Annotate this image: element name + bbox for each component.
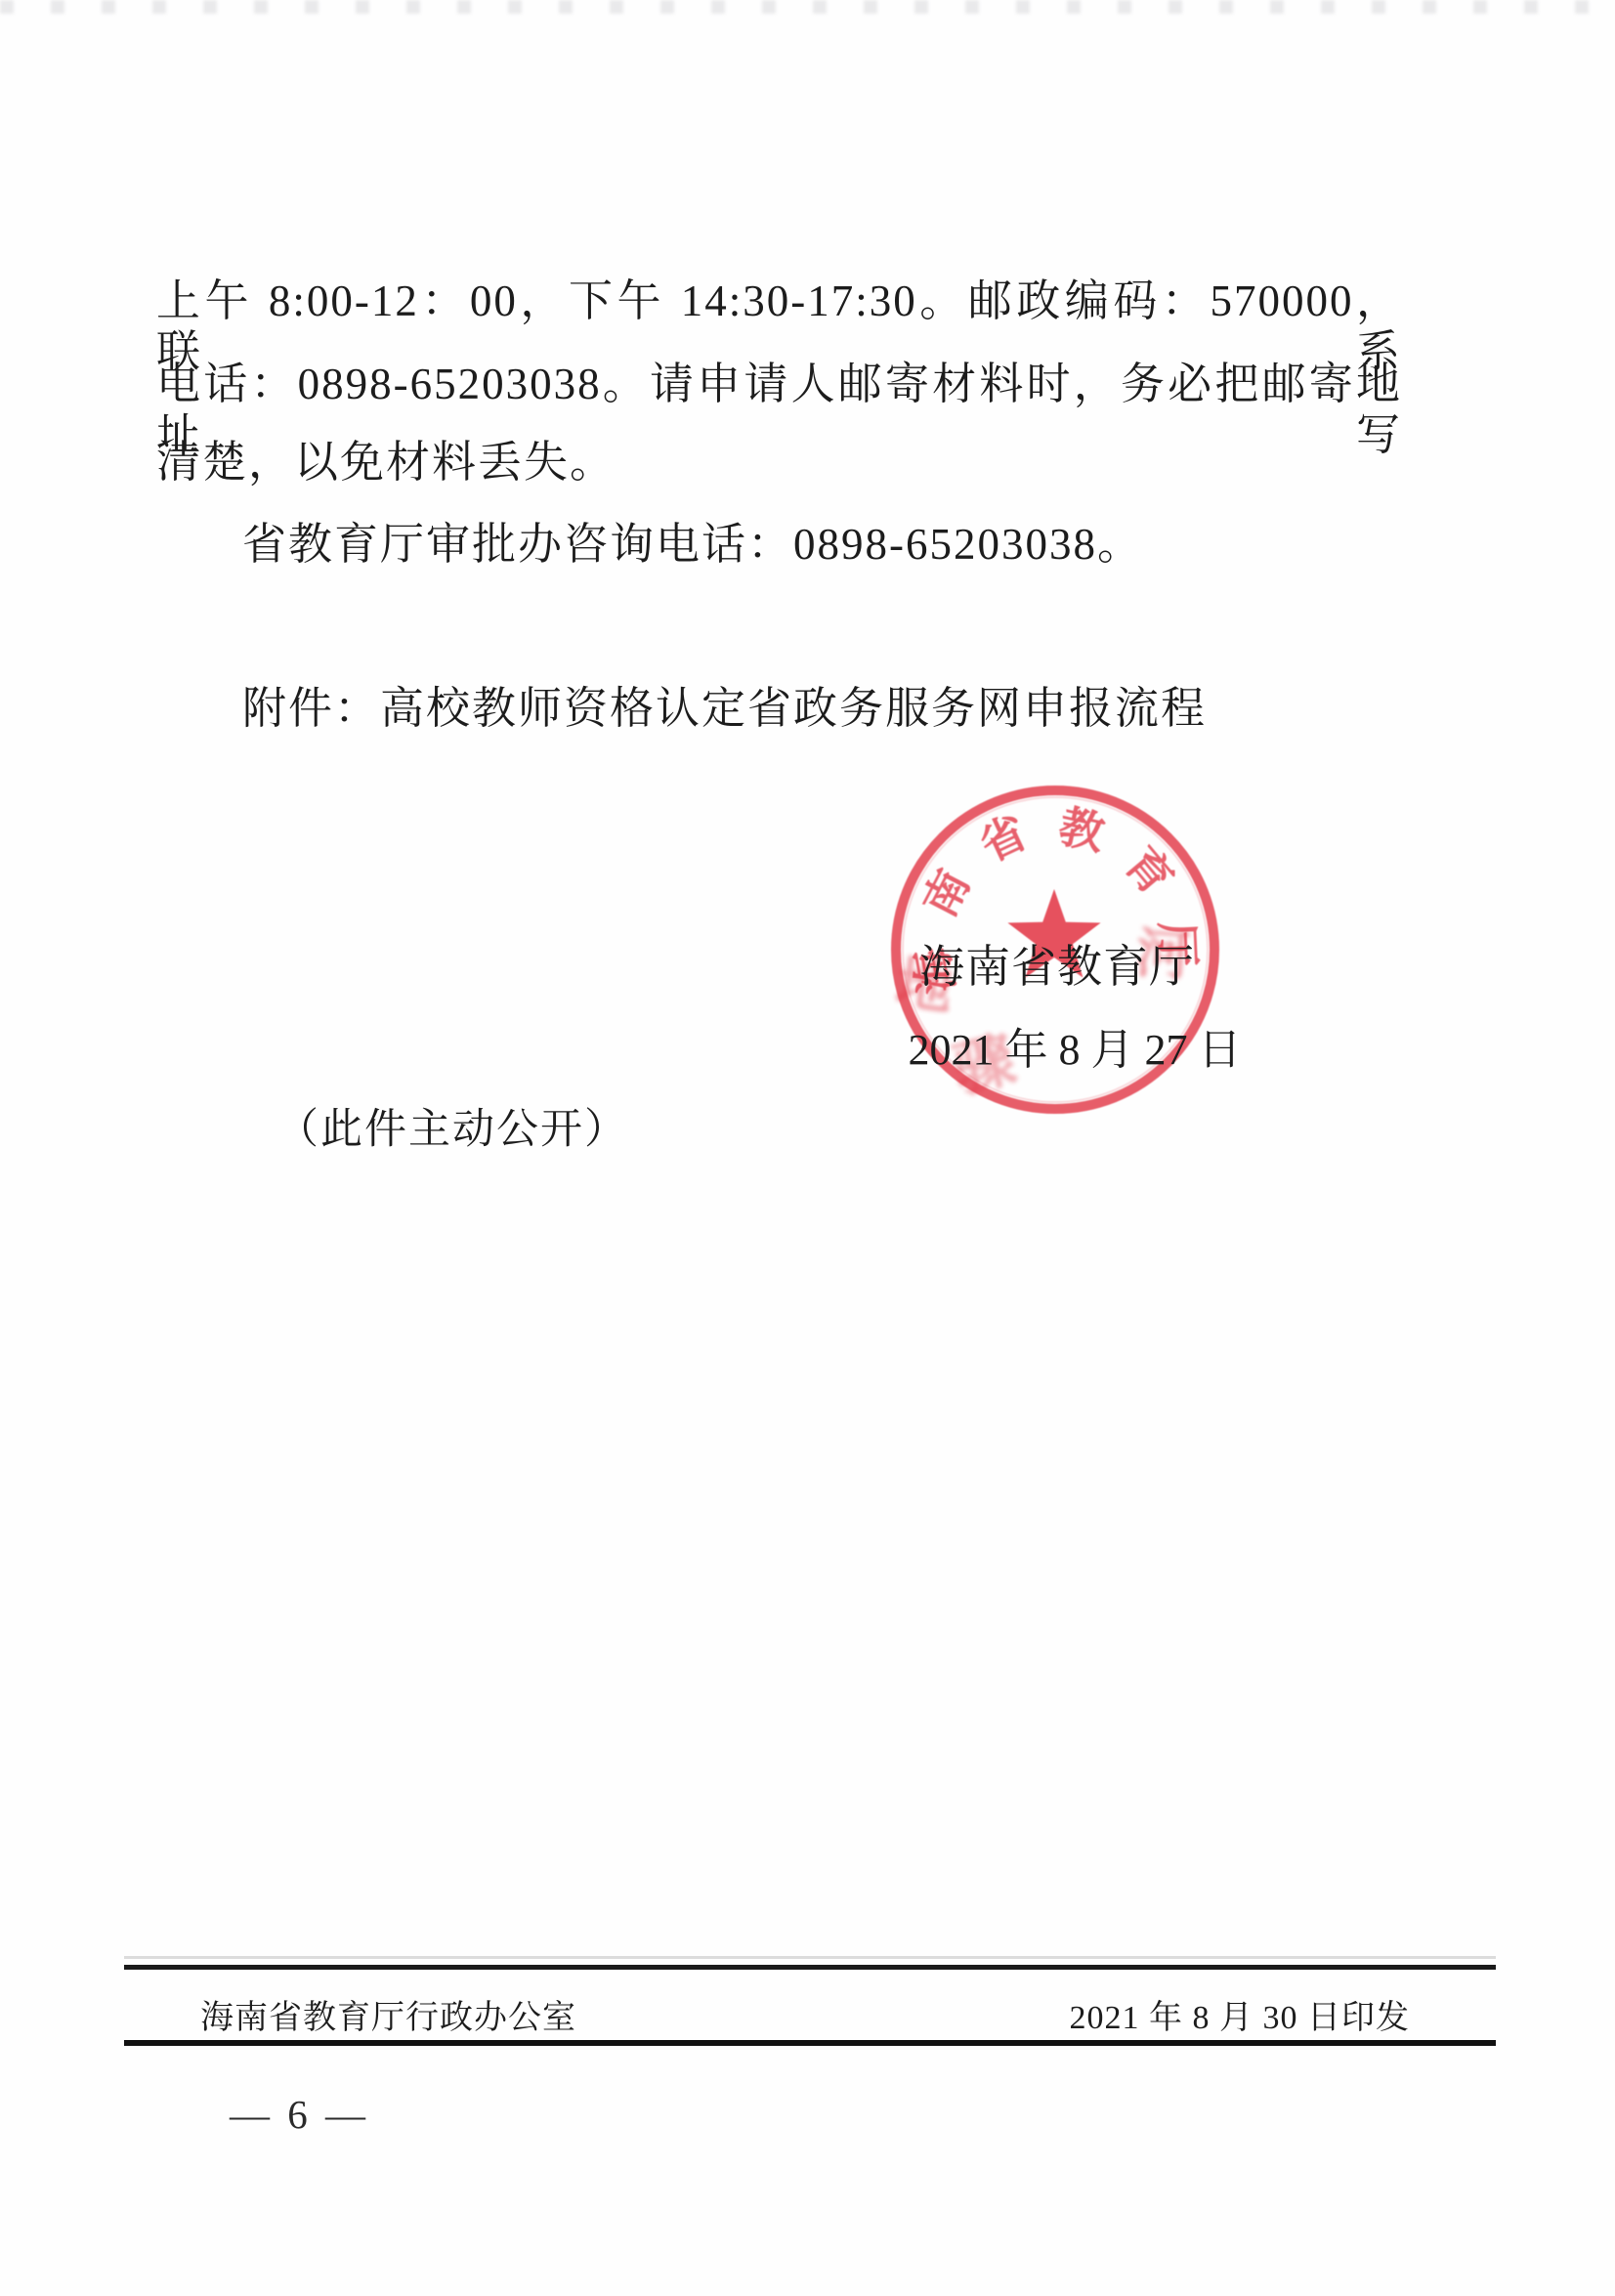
document-page: 上午 8:00-12：00，下午 14:30-17:30。邮政编码：570000…	[0, 0, 1615, 2296]
phone-line: 省教育厅审批办咨询电话：0898-65203038。	[242, 520, 1143, 571]
footer-rule-echo	[124, 1956, 1496, 1959]
body-text-line: 清楚，以免材料丢失。	[156, 438, 1402, 489]
disclosure-note: （此件主动公开）	[276, 1096, 628, 1156]
scan-artifact	[0, 0, 1615, 14]
footer-issuing-office: 海南省教育厅行政办公室	[200, 1990, 576, 2038]
signature-date: 2021 年 8 月 27 日	[879, 1014, 1270, 1077]
signature-issuer: 海南省教育厅	[876, 931, 1238, 996]
attachment-line: 附件：高校教师资格认定省政务服务网申报流程	[242, 684, 1207, 735]
seal-arc-char: 教	[1054, 801, 1110, 860]
footer-print-date: 2021 年 8 月 30 日印发	[1070, 1990, 1411, 2038]
footer: 海南省教育厅行政办公室 2021 年 8 月 30 日印发	[124, 1990, 1496, 2038]
page-number: — 6 —	[230, 2091, 369, 2138]
footer-rule-top	[124, 1965, 1496, 1970]
footer-rule-bottom	[124, 2040, 1496, 2046]
